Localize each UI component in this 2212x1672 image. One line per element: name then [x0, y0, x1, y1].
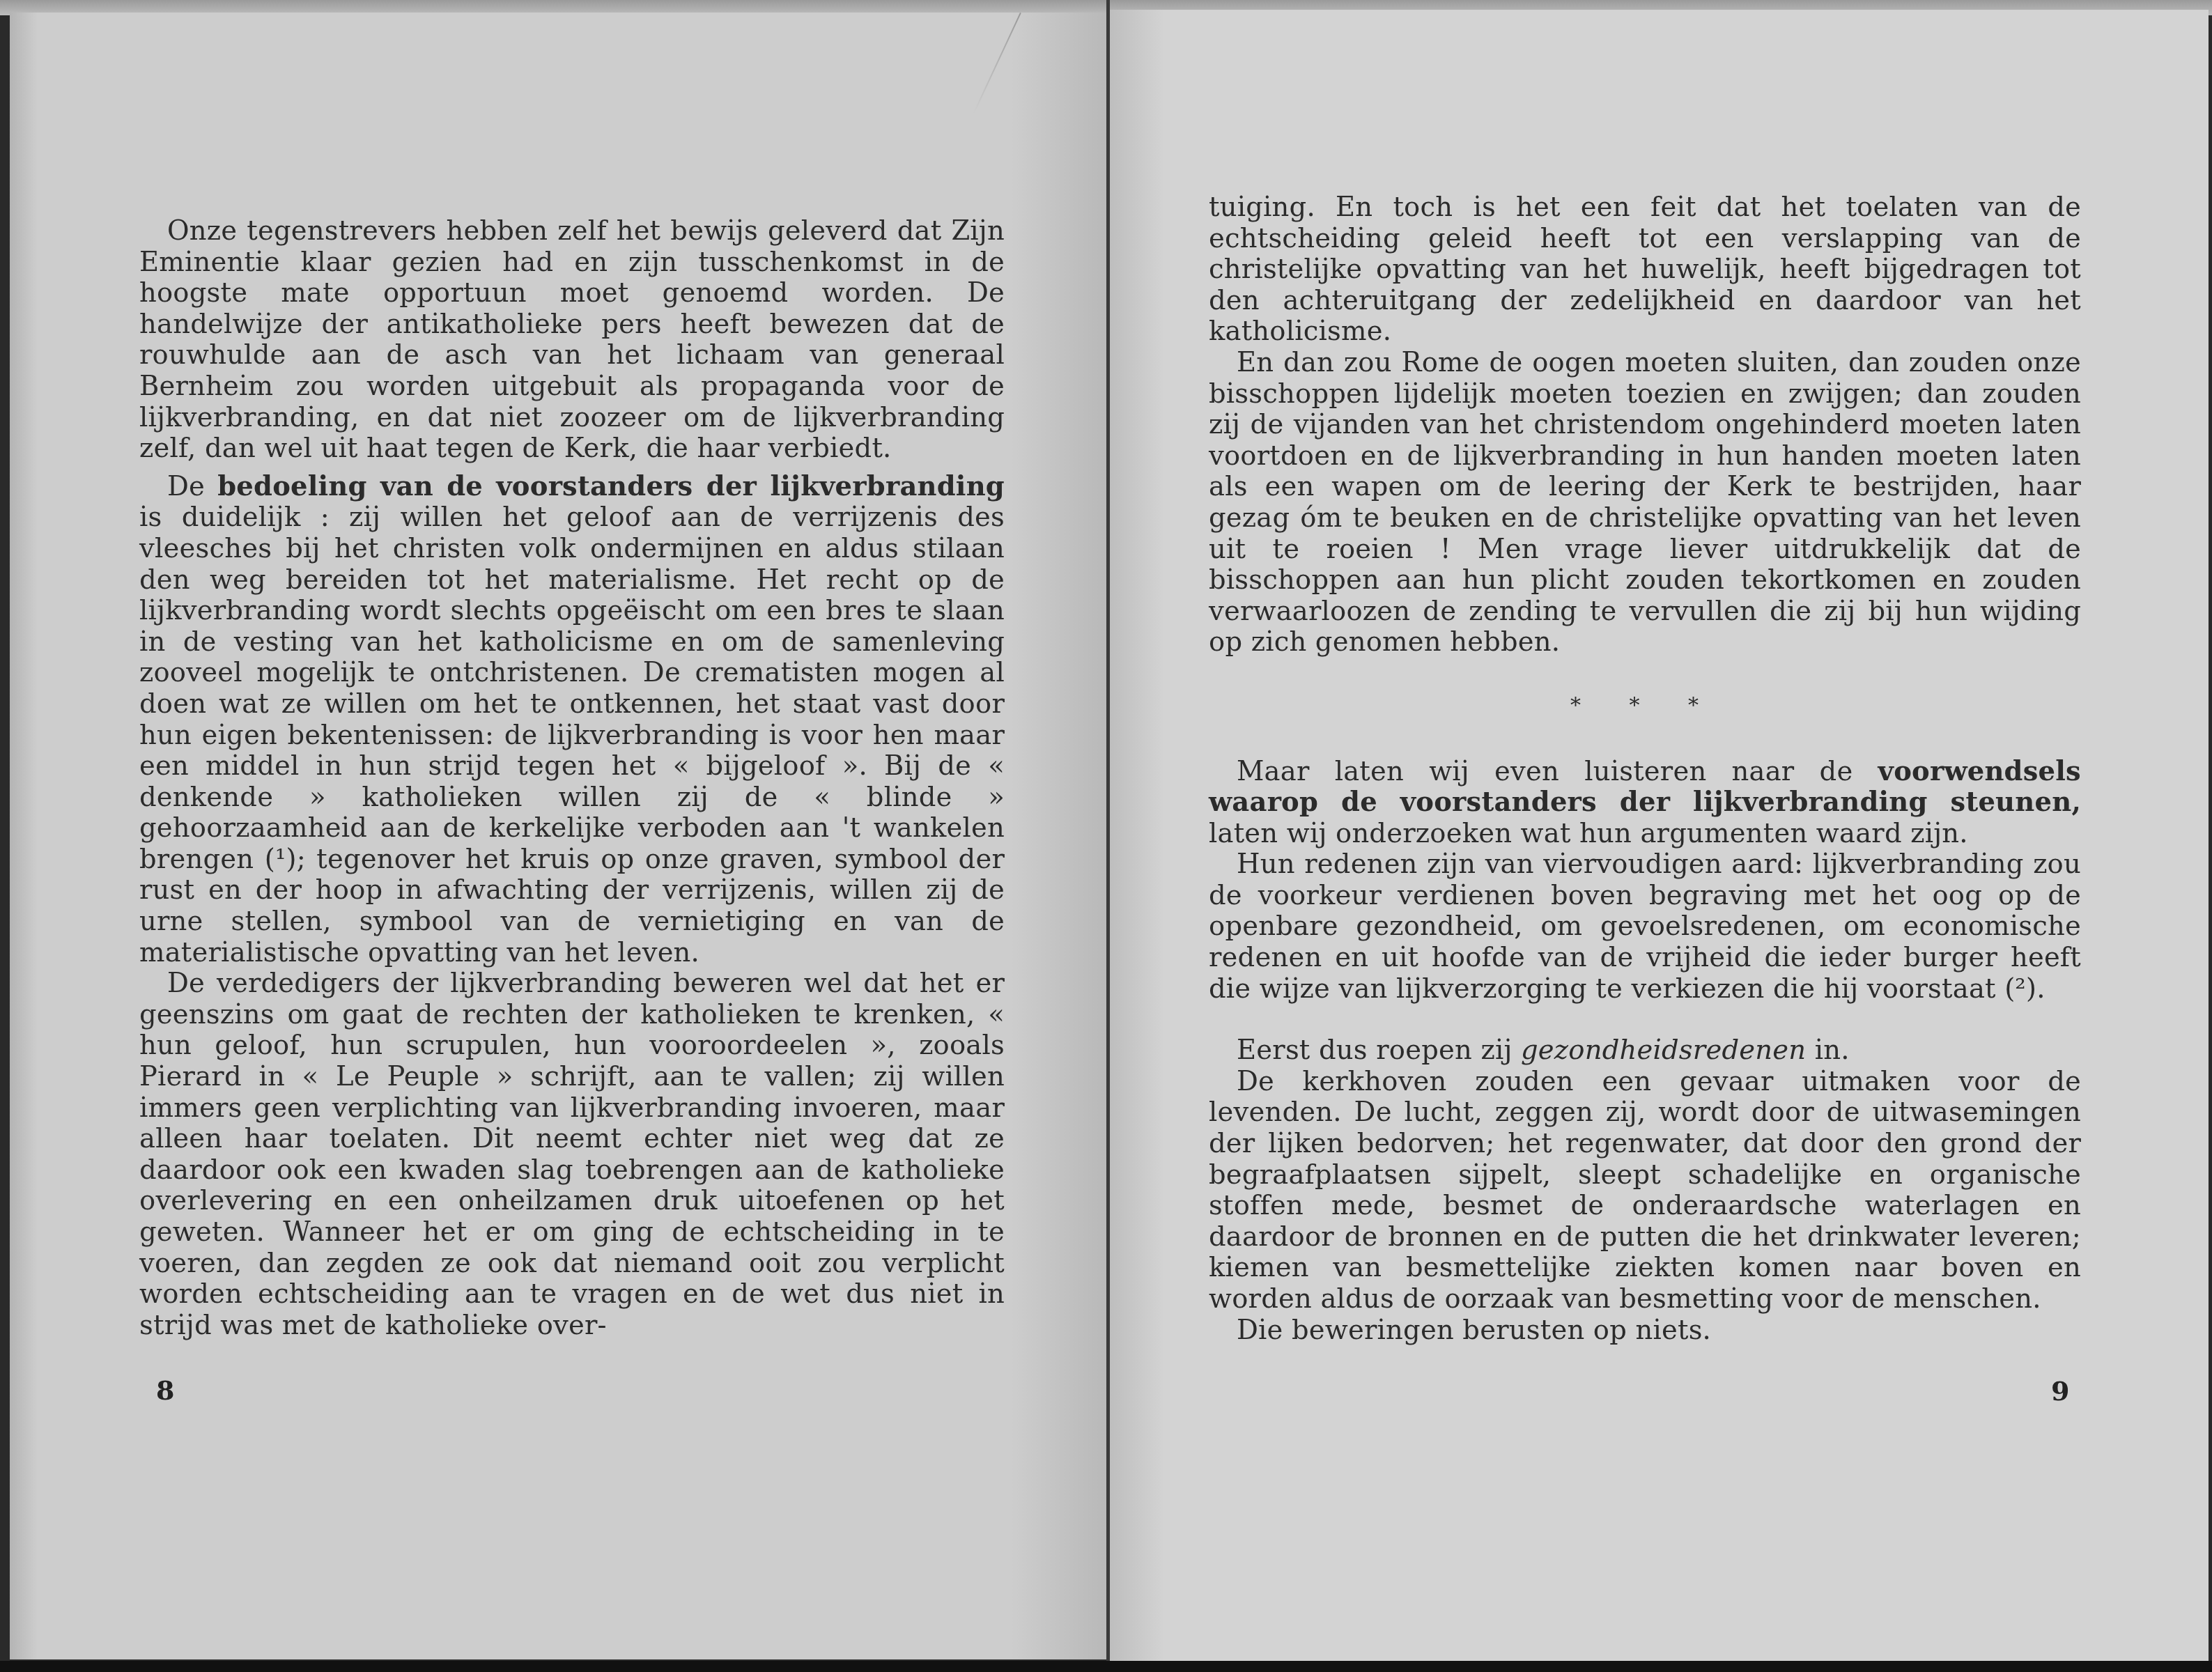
paragraph-5: Eerst dus roepen zij gezondheidsredenen … — [1209, 1035, 2081, 1067]
paragraph-6: De kerkhoven zouden een gevaar uitmaken … — [1209, 1067, 2081, 1315]
text-run: Hun redenen zijn van viervoudigen aard: … — [1209, 849, 2081, 1004]
text-run: laten wij onderzoeken wat hun argumenten… — [1209, 818, 1968, 849]
paragraph-7: Die beweringen berusten op niets. — [1209, 1315, 2081, 1347]
paragraph-3: Maar laten wij even luisteren naar de vo… — [1209, 757, 2081, 850]
bottom-edge — [0, 1661, 2212, 1672]
text-run: tuiging. En toch is het een feit dat het… — [1209, 192, 2081, 347]
right-page-text: tuiging. En toch is het een feit dat het… — [1209, 192, 2081, 1346]
page-number: 8 — [156, 1375, 174, 1406]
italic-text-run: gezondheidsredenen — [1521, 1035, 1806, 1066]
page-number: 9 — [2051, 1375, 2069, 1407]
text-run: Die beweringen berusten op niets. — [1237, 1315, 1711, 1346]
text-run: is duidelijk : zij willen het geloof aan… — [139, 502, 1005, 968]
right-page: tuiging. En toch is het een feit dat het… — [1109, 10, 2209, 1662]
text-run: Eerst dus roepen zij — [1237, 1035, 1521, 1066]
left-page: Onze tegenstrevers hebben zelf het bewij… — [10, 13, 1108, 1659]
paragraph-4: Hun redenen zijn van viervoudigen aard: … — [1209, 849, 2081, 1005]
bold-text-run: bedoeling van de voorstanders der lijkve… — [217, 471, 1005, 502]
text-run: in. — [1806, 1035, 1849, 1066]
section-separator: * * * — [1209, 690, 2081, 722]
paragraph-2: En dan zou Rome de oogen moeten sluiten,… — [1209, 348, 2081, 658]
paragraph-3: De verdedigers der lijkverbranding bewer… — [139, 968, 1005, 1341]
text-run: De kerkhoven zouden een gevaar uitmaken … — [1209, 1066, 2081, 1315]
text-run: En dan zou Rome de oogen moeten sluiten,… — [1209, 347, 2081, 658]
text-run: De — [167, 471, 217, 502]
book-spine — [1106, 0, 1110, 1665]
text-run: Onze tegenstrevers hebben zelf het bewij… — [139, 215, 1005, 464]
paragraph-1: Onze tegenstrevers hebben zelf het bewij… — [139, 216, 1005, 465]
paragraph-1: tuiging. En toch is het een feit dat het… — [1209, 192, 2081, 348]
paper-crease — [973, 13, 1021, 114]
paragraph-2: De bedoeling van de voorstanders der lij… — [139, 472, 1005, 969]
book-spread: Onze tegenstrevers hebben zelf het bewij… — [0, 0, 2212, 1672]
text-run: Maar laten wij even luisteren naar de — [1237, 756, 1878, 787]
left-page-text: Onze tegenstrevers hebben zelf het bewij… — [139, 216, 1005, 1341]
text-run: De verdedigers der lijkverbranding bewer… — [139, 968, 1005, 1341]
paragraph-spacer — [1209, 1005, 2081, 1035]
